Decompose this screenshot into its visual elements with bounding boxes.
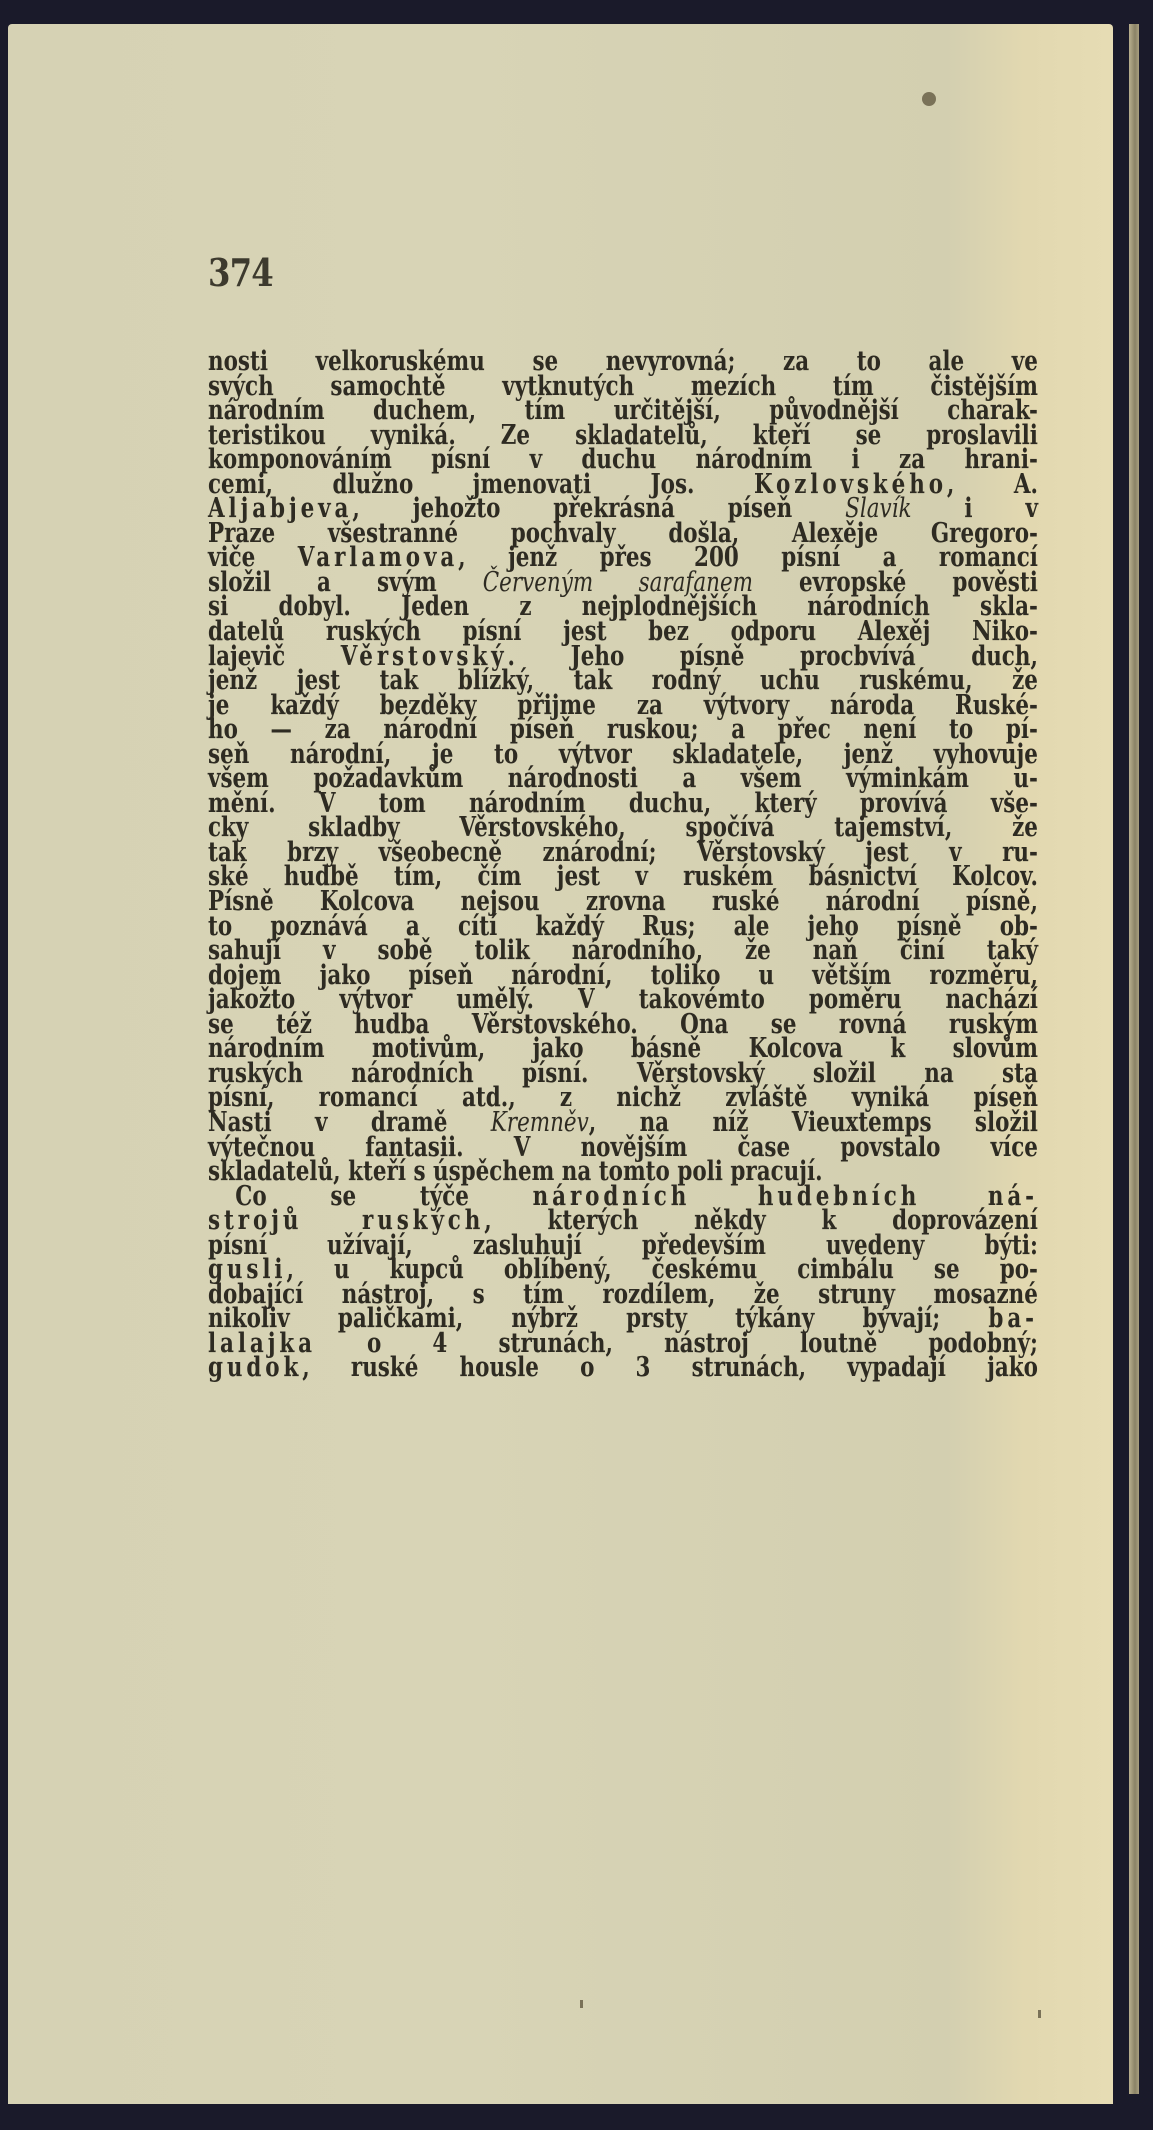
page-number: 374: [208, 250, 273, 295]
ink-blot: [922, 92, 936, 106]
ink-speck: [1038, 2010, 1041, 2018]
ink-speck: [580, 2000, 583, 2008]
text-line: gudok, ruské housle o 3 strunách, vypada…: [208, 1355, 1038, 1380]
page-edge-shadow: [1129, 24, 1139, 2094]
body-text: nosti velkoruskému se nevyrovná; za to a…: [208, 349, 1038, 1380]
spaced-term: gudok: [208, 1351, 302, 1383]
